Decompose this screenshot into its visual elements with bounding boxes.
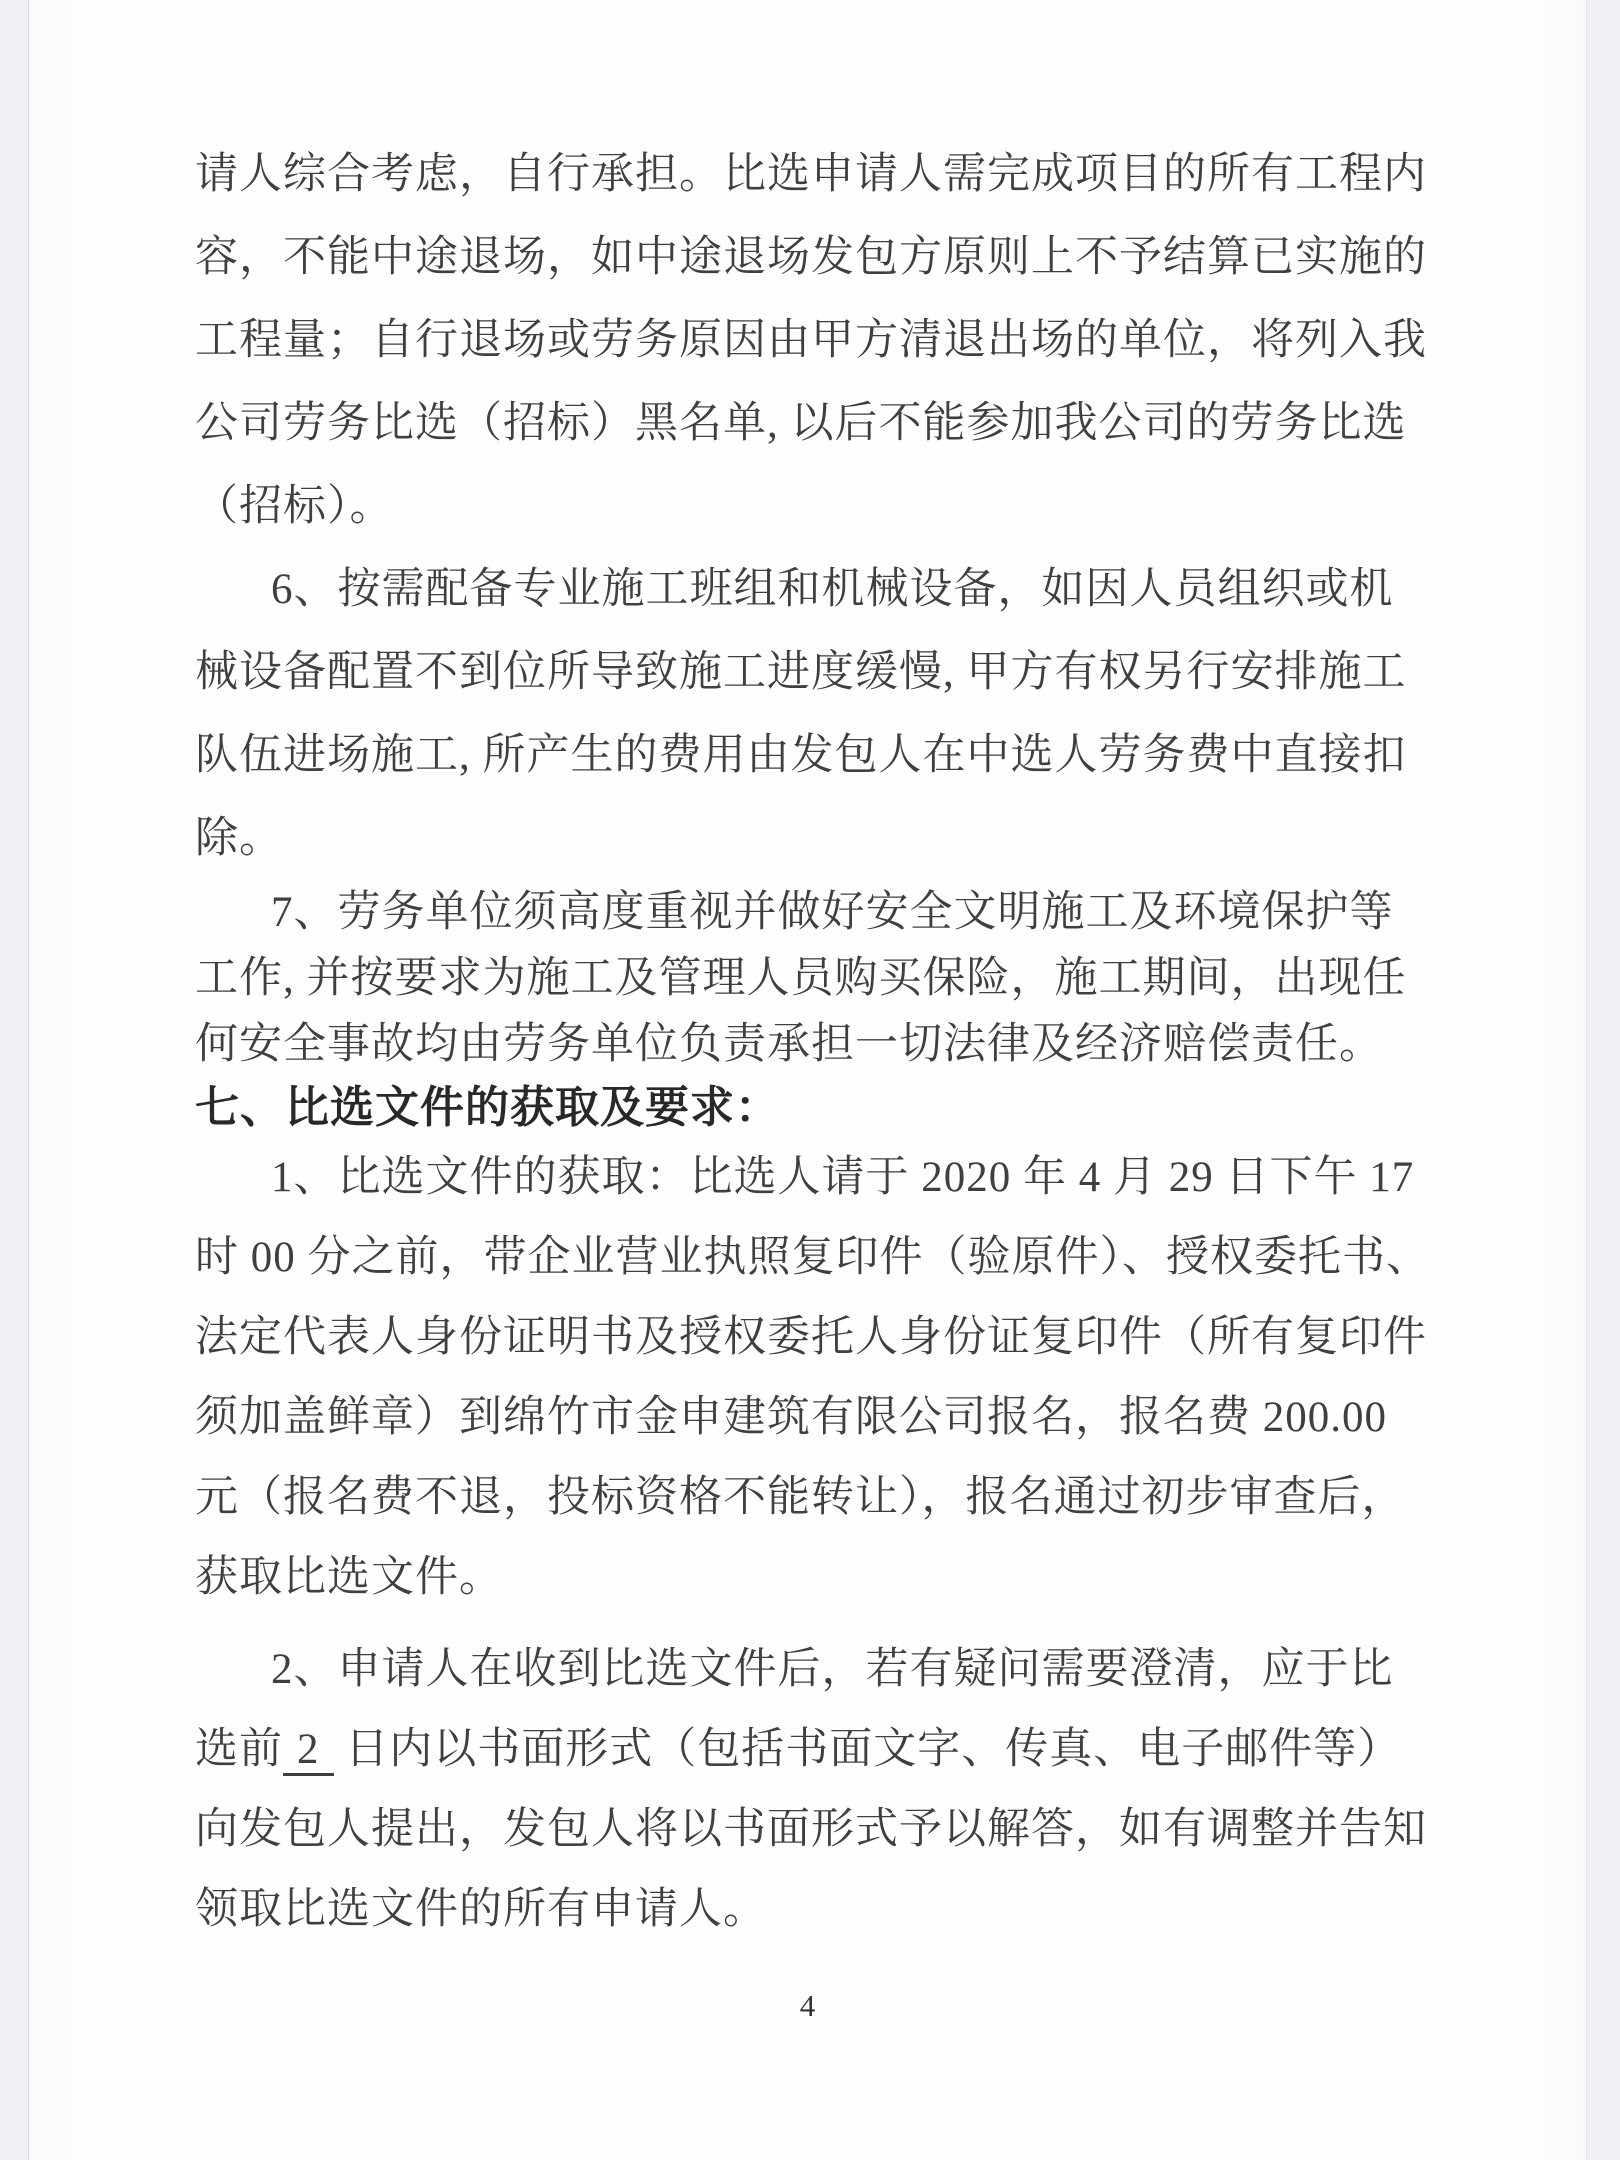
text-line: 何安全事故均由劳务单位负责承担一切法律及经济赔偿责任。: [195, 1012, 1457, 1078]
text-line: 元（报名费不退，投标资格不能转让），报名通过初步审查后，: [195, 1458, 1457, 1538]
text-line-item-2: 2、申请人在收到比选文件后，若有疑问需要澄清，应于比: [195, 1630, 1457, 1710]
text-line: 法定代表人身份证明书及授权委托人身份证复印件（所有复印件: [195, 1298, 1457, 1378]
scan-background-left: [0, 0, 29, 2160]
text-line: 械设备配置不到位所导致施工进度缓慢, 甲方有权另行安排施工: [195, 631, 1457, 714]
scanned-document-viewer: 请人综合考虑，自行承担。比选申请人需完成项目的所有工程内 容，不能中途退场，如中…: [0, 0, 1620, 2160]
text-segment: 日内以书面形式（包括书面文字、传真、电子邮件等）: [334, 1726, 1402, 1773]
page-number: 4: [29, 1988, 1586, 2024]
document-page: 请人综合考虑，自行承担。比选申请人需完成项目的所有工程内 容，不能中途退场，如中…: [29, 0, 1586, 2160]
text-line: 须加盖鲜章）到绵竹市金申建筑有限公司报名，报名费 200.00: [195, 1378, 1457, 1458]
text-line-item-6: 6、按需配备专业施工班组和机械设备，如因人员组织或机: [195, 548, 1457, 631]
text-segment: 选前: [195, 1726, 283, 1773]
text-line-with-underline: 选前2 日内以书面形式（包括书面文字、传真、电子邮件等）: [195, 1710, 1457, 1790]
text-line: 公司劳务比选（招标）黑名单, 以后不能参加我公司的劳务比选: [195, 382, 1457, 465]
section-heading-7: 七、比选文件的获取及要求：: [195, 1078, 1457, 1138]
text-line: 工程量；自行退场或劳务原因由甲方清退出场的单位，将列入我: [195, 299, 1457, 382]
text-line: （招标）。: [195, 465, 1457, 548]
document-body: 请人综合考虑，自行承担。比选申请人需完成项目的所有工程内 容，不能中途退场，如中…: [195, 133, 1457, 1950]
text-line: 工作, 并按要求为施工及管理人员购买保险，施工期间，出现任: [195, 946, 1457, 1012]
text-line: 时 00 分之前，带企业营业执照复印件（验原件）、授权委托书、: [195, 1218, 1457, 1298]
text-line: 获取比选文件。: [195, 1538, 1457, 1618]
scan-background-right: [1586, 0, 1620, 2160]
text-line: 请人综合考虑，自行承担。比选申请人需完成项目的所有工程内: [195, 133, 1457, 216]
text-line-item-7: 7、劳务单位须高度重视并做好安全文明施工及环境保护等: [195, 880, 1457, 946]
text-line: 除。: [195, 797, 1457, 880]
text-line: 向发包人提出，发包人将以书面形式予以解答，如有调整并告知: [195, 1790, 1457, 1870]
text-line-item-1: 1、比选文件的获取：比选人请于 2020 年 4 月 29 日下午 17: [195, 1138, 1457, 1218]
underlined-value: 2: [283, 1726, 334, 1776]
text-line: 领取比选文件的所有申请人。: [195, 1870, 1457, 1950]
text-line: 队伍进场施工, 所产生的费用由发包人在中选人劳务费中直接扣: [195, 714, 1457, 797]
text-line: 容，不能中途退场，如中途退场发包方原则上不予结算已实施的: [195, 216, 1457, 299]
